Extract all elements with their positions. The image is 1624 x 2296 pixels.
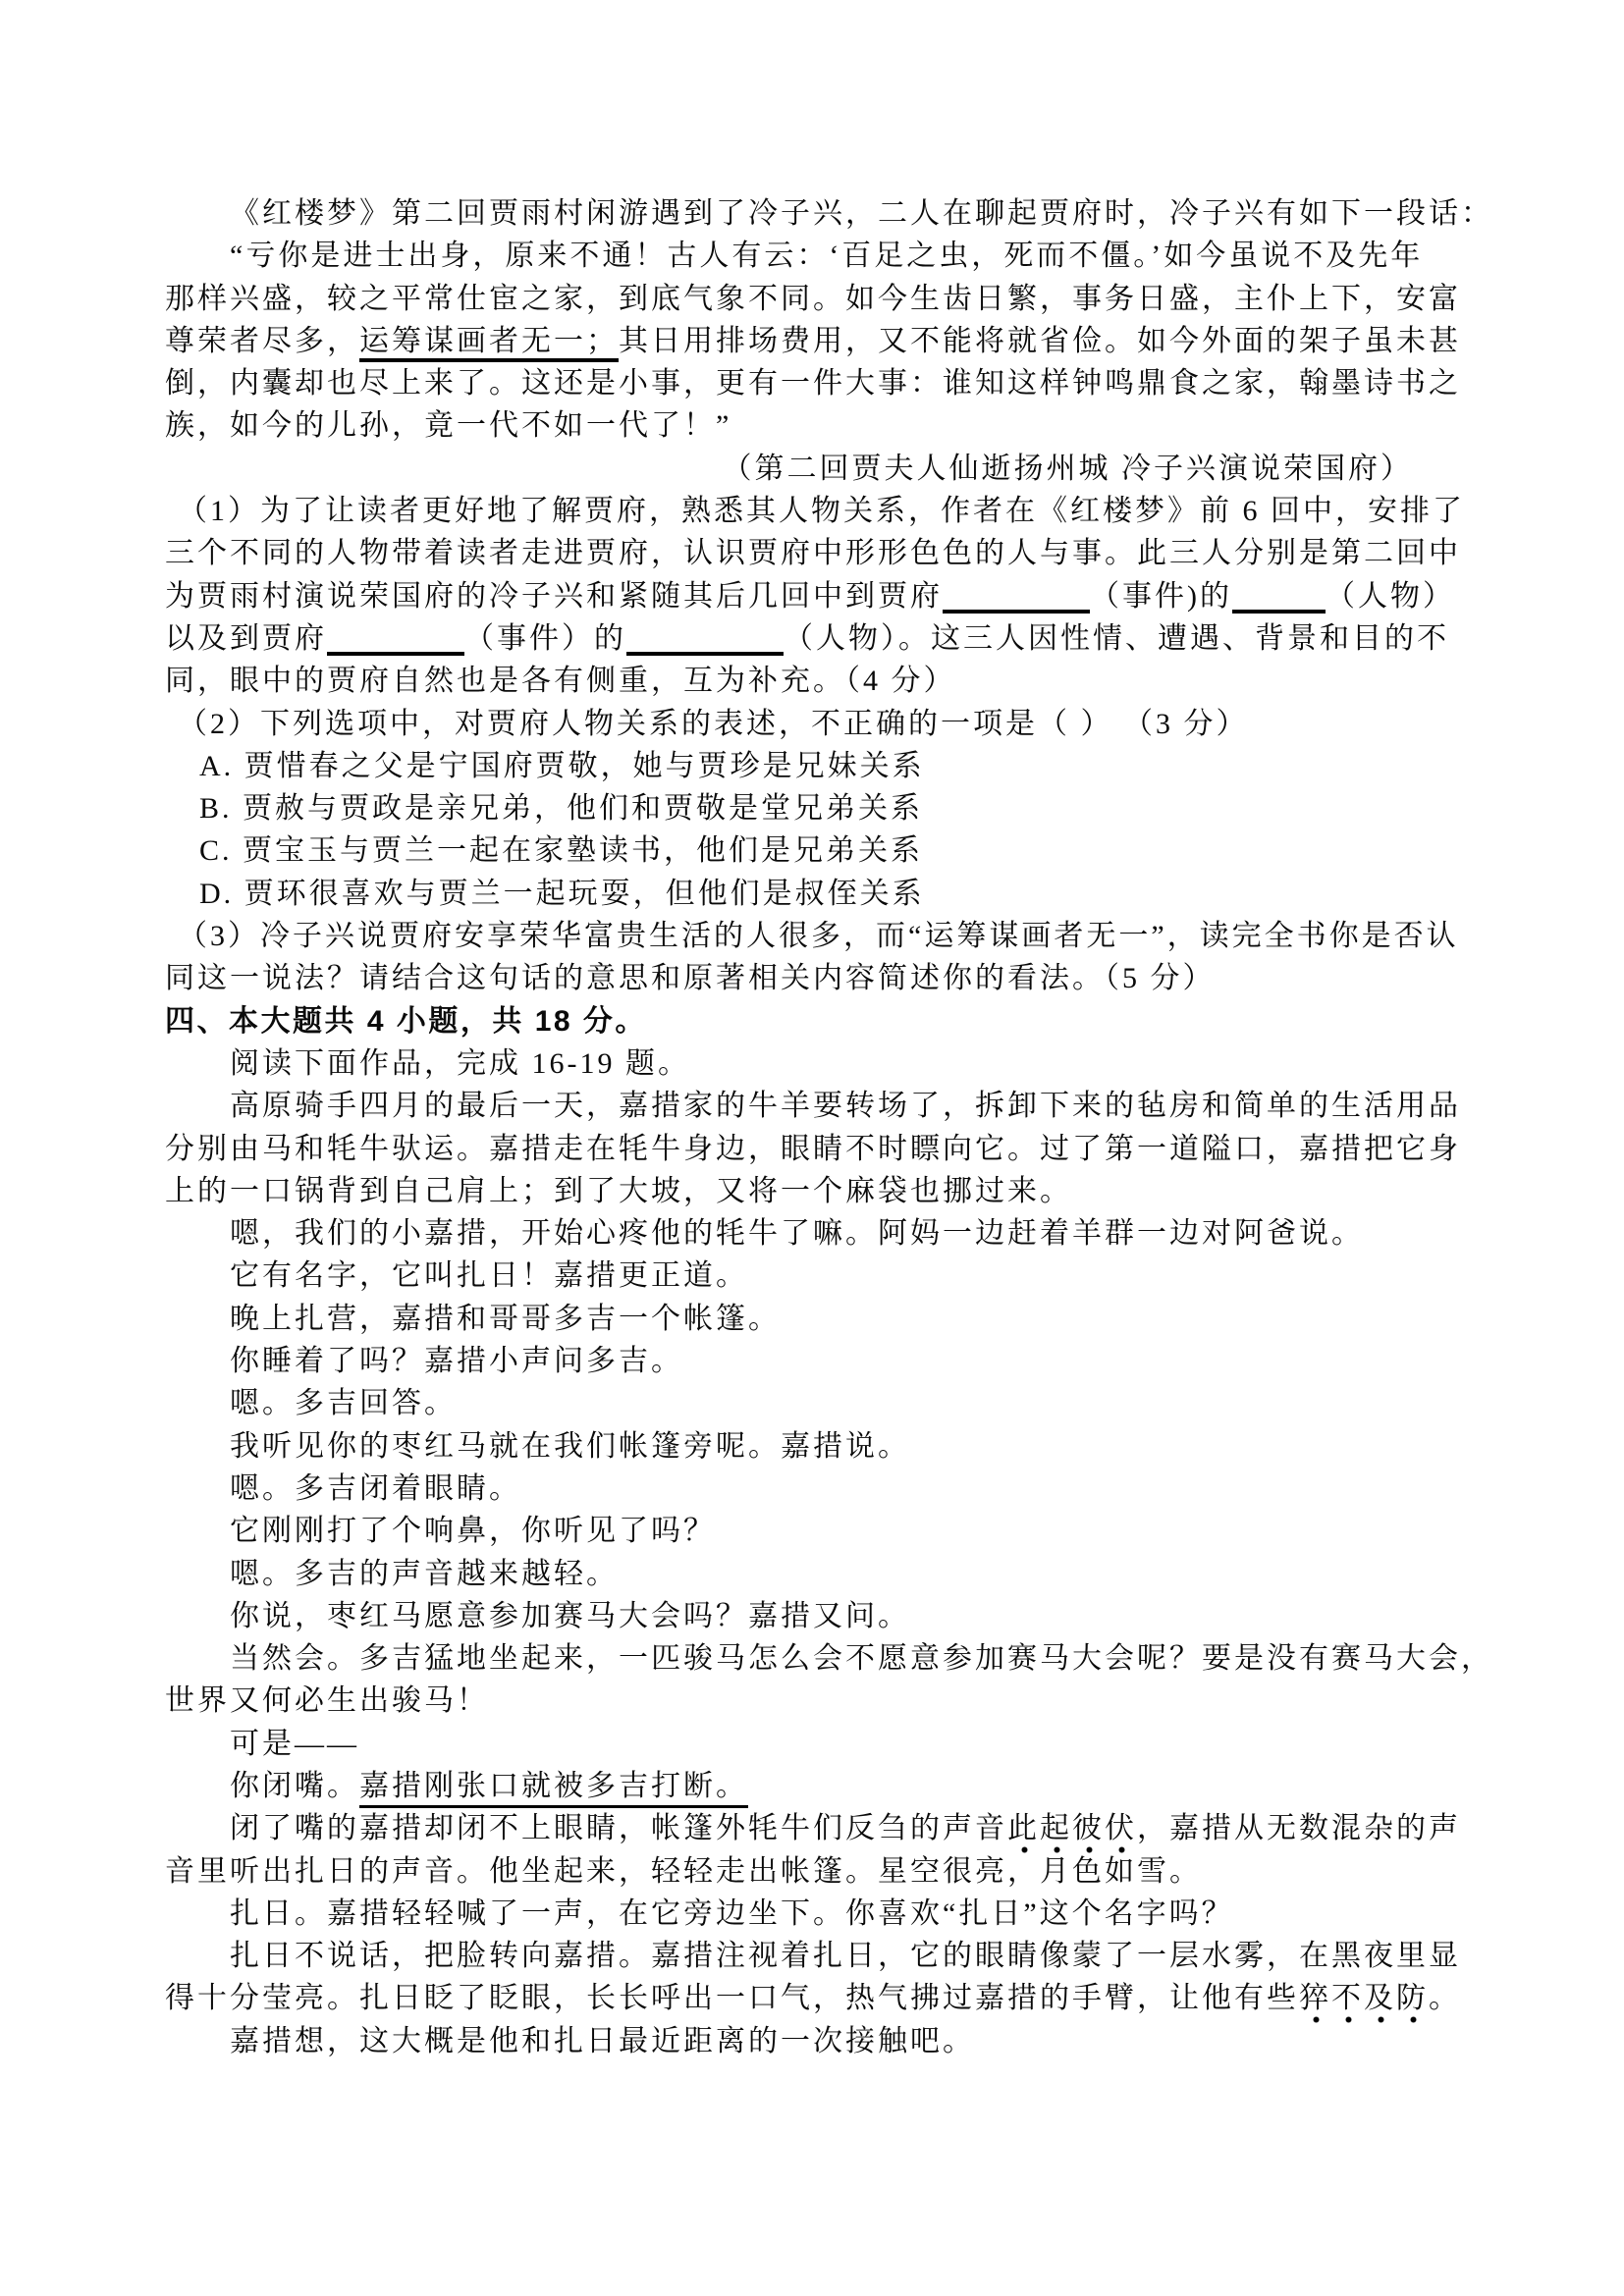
question-text: （人物）	[1326, 580, 1455, 613]
passage-line: 嘉措想，这大概是他和扎日最近距离的一次接触吧。	[165, 2020, 1467, 2062]
question-1-blank-line: 以及到贾府（事件）的（人物）。这三人因性情、遭遇、背景和目的不	[165, 617, 1467, 660]
passage-line: 我听见你的枣红马就在我们帐篷旁呢。嘉措说。	[165, 1425, 1467, 1468]
question-text: 为贾雨村演说荣国府的冷子兴和紧随其后几回中到贾府	[165, 580, 943, 613]
passage-line: 高原骑手四月的最后一天，嘉措家的牛羊要转场了，拆卸下来的毡房和简单的生活用品	[165, 1085, 1467, 1127]
section-heading: 四、本大题共 4 小题，共 18 分。	[165, 1000, 1467, 1042]
passage-line: 你睡着了吗？嘉措小声问多吉。	[165, 1340, 1467, 1382]
answer-blank-person-2	[626, 650, 784, 656]
passage-line: 上的一口锅背到自己肩上；到了大坡，又将一个麻袋也挪过来。	[165, 1170, 1467, 1212]
question-text: （事件）的	[464, 622, 626, 655]
question-text: （人物）。这三人因性情、遭遇、背景和目的不	[784, 622, 1449, 655]
page-content: 《红楼梦》第二回贾雨村闲游遇到了冷子兴，二人在聊起贾府时，冷子兴有如下一段话： …	[165, 192, 1467, 2062]
question-1-line: 三个不同的人物带着读者走进贾府，认识贾府中形形色色的人与事。此三人分别是第二回中	[165, 532, 1467, 574]
option-a: A. 贾惜春之父是宁国府贾敬，她与贾珍是兄妹关系	[165, 745, 1467, 787]
option-d: D. 贾环很喜欢与贾兰一起玩耍，但他们是叔侄关系	[165, 873, 1467, 915]
quote-line: 那样兴盛，较之平常仕宦之家，到底气象不同。如今生齿日繁，事务日盛，主仆上下，安富	[165, 278, 1467, 320]
passage-line: 世界又何必生出骏马！	[165, 1680, 1467, 1722]
answer-blank-event-1	[943, 608, 1090, 614]
passage-line-with-emphasis: 得十分莹亮。扎日眨了眨眼，长长呼出一口气，热气拂过嘉措的手臂，让他有些猝不及防。	[165, 1977, 1467, 2019]
answer-blank-person-1	[1232, 608, 1326, 614]
passage-text: 。	[1429, 1982, 1461, 2014]
emphasized-text: 此起彼伏	[1007, 1812, 1137, 1854]
quote-line-with-underline: 尊荣者尽多，运筹谋画者无一；其日用排场费用，又不能将就省俭。如今外面的架子虽未甚	[165, 320, 1467, 362]
passage-line: 嗯，我们的小嘉措，开始心疼他的牦牛了嘛。阿妈一边赶着羊群一边对阿爸说。	[165, 1212, 1467, 1255]
quote-text: 其日用排场费用，又不能将就省俭。如今外面的架子虽未甚	[619, 325, 1461, 357]
passage-line: 分别由马和牦牛驮运。嘉措走在牦牛身边，眼睛不时瞟向它。过了第一道隘口，嘉措把它身	[165, 1128, 1467, 1170]
passage-line: 嗯。多吉回答。	[165, 1382, 1467, 1424]
passage-line: 嗯。多吉闭着眼睛。	[165, 1468, 1467, 1510]
passage-text: 闭了嘴的嘉措却闭不上眼睛，帐篷外牦牛们反刍的声音	[230, 1812, 1007, 1844]
underlined-text: 运筹谋画者无一；	[359, 325, 619, 362]
question-1-blank-line: 为贾雨村演说荣国府的冷子兴和紧随其后几回中到贾府（事件)的（人物）	[165, 575, 1467, 617]
quote-line: “亏你是进士出身，原来不通！古人有云：‘百足之虫，死而不僵。’如今虽说不及先年	[165, 235, 1467, 277]
passage-line: 它刚刚打了个响鼻，你听见了吗？	[165, 1510, 1467, 1552]
passage-line: 晚上扎营，嘉措和哥哥多吉一个帐篷。	[165, 1298, 1467, 1340]
passage-text: ，嘉措从无数混杂的声	[1137, 1812, 1461, 1844]
passage-line: 你说，枣红马愿意参加赛马大会吗？嘉措又问。	[165, 1595, 1467, 1637]
question-1-line: （1）为了让读者更好地了解贾府，熟悉其人物关系，作者在《红楼梦》前 6 回中，安…	[165, 490, 1467, 532]
passage-line-with-emphasis: 闭了嘴的嘉措却闭不上眼睛，帐篷外牦牛们反刍的声音此起彼伏，嘉措从无数混杂的声	[165, 1807, 1467, 1849]
passage-line: 扎日不说话，把脸转向嘉措。嘉措注视着扎日，它的眼睛像蒙了一层水雾，在黑夜里显	[165, 1935, 1467, 1977]
question-text: （事件)的	[1090, 580, 1232, 613]
passage-line: 当然会。多吉猛地坐起来，一匹骏马怎么会不愿意参加赛马大会呢？要是没有赛马大会，	[165, 1637, 1467, 1680]
question-2-line: （2）下列选项中，对贾府人物关系的表述，不正确的一项是（ ） （3 分）	[165, 703, 1467, 745]
answer-blank-event-2	[327, 650, 464, 656]
passage-line: 嗯。多吉的声音越来越轻。	[165, 1553, 1467, 1595]
quote-line: 族，如今的儿孙，竟一代不如一代了！”	[165, 404, 1467, 447]
passage-line: 扎日。嘉措轻轻喊了一声，在它旁边坐下。你喜欢“扎日”这个名字吗？	[165, 1893, 1467, 1935]
emphasized-text: 猝不及防	[1299, 1982, 1429, 2024]
passage-text: 你闭嘴。	[230, 1770, 359, 1802]
question-3-line: 同这一说法？请结合这句话的意思和原著相关内容简述你的看法。（5 分）	[165, 957, 1467, 999]
option-b: B. 贾赦与贾政是亲兄弟，他们和贾敬是堂兄弟关系	[165, 787, 1467, 829]
quote-line: 倒，内囊却也尽上来了。这还是小事，更有一件大事：谁知这样钟鸣鼎食之家，翰墨诗书之	[165, 362, 1467, 404]
question-1-line: 同，眼中的贾府自然也是各有侧重，互为补充。（4 分）	[165, 660, 1467, 702]
option-c: C. 贾宝玉与贾兰一起在家塾读书，他们是兄弟关系	[165, 829, 1467, 872]
passage-text: 得十分莹亮。扎日眨了眨眼，长长呼出一口气，热气拂过嘉措的手臂，让他有些	[165, 1982, 1299, 2014]
passage-line: 它有名字，它叫扎日！嘉措更正道。	[165, 1255, 1467, 1297]
passage-line: 可是——	[165, 1723, 1467, 1765]
question-3-line: （3）冷子兴说贾府安享荣华富贵生活的人很多，而“运筹谋画者无一”，读完全书你是否…	[165, 915, 1467, 957]
intro-line: 《红楼梦》第二回贾雨村闲游遇到了冷子兴，二人在聊起贾府时，冷子兴有如下一段话：	[165, 192, 1467, 235]
passage-line-with-underline: 你闭嘴。嘉措刚张口就被多吉打断。	[165, 1765, 1467, 1807]
reading-instruction: 阅读下面作品，完成 16-19 题。	[165, 1042, 1467, 1085]
underlined-text: 嘉措刚张口就被多吉打断。	[359, 1770, 748, 1808]
quote-text: 尊荣者尽多，	[165, 325, 359, 357]
passage-line: 音里听出扎日的声音。他坐起来，轻轻走出帐篷。星空很亮，月色如雪。	[165, 1850, 1467, 1893]
question-text: 以及到贾府	[165, 622, 327, 655]
attribution-line: （第二回贾夫人仙逝扬州城 冷子兴演说荣国府）	[165, 448, 1467, 490]
exam-document-page: 《红楼梦》第二回贾雨村闲游遇到了冷子兴，二人在聊起贾府时，冷子兴有如下一段话： …	[0, 0, 1624, 2296]
